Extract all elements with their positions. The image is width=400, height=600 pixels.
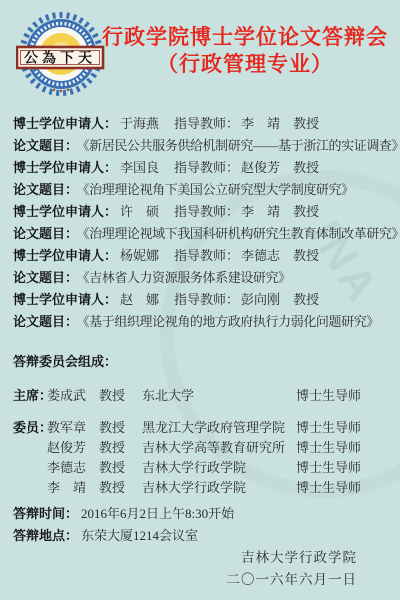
chair-name: 娄成武 [47,386,99,406]
member-title: 教授 [99,418,142,438]
committee-section: 答辩委员会组成： 主席：娄成武教授东北大学博士生导师 委员：教军章教授黑龙江大学… [13,353,395,498]
member-name: 李德志 [47,458,99,478]
applicant-line: 博士学位申请人：杨妮娜指导教师：李德志教授 [13,245,395,267]
applicant-line: 博士学位申请人：许 硕指导教师：李 靖教授 [13,201,395,223]
defense-venue-line: 答辩地点：东荣大厦1214会议室 [13,525,393,547]
signature-block: 吉林大学行政学院 二〇一六年六月一日 [13,547,393,591]
thesis-title: 《吉林省人力资源服务体系建设研究》 [83,270,291,285]
supervisor-label: 指导教师： [174,160,239,175]
member-institution: 吉林大学行政学院 [142,478,296,498]
applicant-entry: 博士学位申请人：李国良指导教师：赵俊芳教授 论文题目：《治理理论视角下美国公立研… [13,157,395,201]
thesis-label: 论文题目： [13,314,78,329]
member-institution: 吉林大学行政学院 [142,458,296,478]
title-line1: 行政学院博士学位论文答辩会 [96,24,394,51]
thesis-label: 论文题目： [13,226,78,241]
committee-chair-row: 主席：娄成武教授东北大学博士生导师 [13,386,395,406]
supervisor-title: 教授 [293,116,319,131]
thesis-title: 《新居民公共服务供给机制研究——基于浙江的实证调查》 [83,138,400,153]
chair-title: 教授 [99,386,142,406]
thesis-line: 论文题目：《新居民公共服务供给机制研究——基于浙江的实证调查》 [13,135,395,157]
supervisor-title: 教授 [293,160,319,175]
thesis-line: 论文题目：《治理理论视角下美国公立研究型大学制度研究》 [13,179,395,201]
applicant-entry: 博士学位申请人：许 硕指导教师：李 靖教授 论文题目：《治理理论视域下我国科研机… [13,201,395,245]
applicant-label: 博士学位申请人： [13,160,117,175]
chair-role-title: 博士生导师 [296,388,361,403]
seal-banner-text: 公為下天 [24,50,96,67]
committee-member-row: 李 靖教授吉林大学行政学院博士生导师 [13,478,395,498]
supervisor-name: 彭向刚 [241,292,280,307]
time-label: 答辩时间： [13,506,78,521]
chair-label: 主席： [13,386,47,406]
member-role-title: 博士生导师 [296,420,361,435]
supervisor-label: 指导教师： [174,292,239,307]
seal-bottom-marks [53,89,69,92]
applicant-label: 博士学位申请人： [13,248,117,263]
thesis-title: 《基于组织理论视角的地方政府执行力弱化问题研究》 [83,314,379,329]
member-name: 李 靖 [47,478,99,498]
supervisor-name: 赵俊芳 [241,160,280,175]
committee-heading: 答辩委员会组成： [13,353,395,371]
member-institution: 黑龙江大学政府管理学院 [142,418,296,438]
applicant-name: 赵 娜 [120,292,159,307]
thesis-line: 论文题目：《基于组织理论视角的地方政府执行力弱化问题研究》 [13,311,395,333]
title-line2: （行政管理专业） [96,51,394,78]
thesis-title: 《治理理论视角下美国公立研究型大学制度研究》 [83,182,354,197]
applicant-line: 博士学位申请人：李国良指导教师：赵俊芳教授 [13,157,395,179]
defense-announcement-poster: INA 公為下天 行政学院博士学位论文答辩会 （行政管理专业） [0,0,400,600]
supervisor-name: 李 靖 [241,204,280,219]
supervisor-name: 李德志 [241,248,280,263]
applicant-line: 博士学位申请人：于海燕指导教师：李 靖教授 [13,113,395,135]
defense-time-line: 答辩时间：2016年6月2日上午8:30开始 [13,503,393,525]
supervisor-title: 教授 [293,204,319,219]
supervisor-label: 指导教师： [174,248,239,263]
member-role-title: 博士生导师 [296,480,361,495]
applicant-label: 博士学位申请人： [13,116,117,131]
applicant-entry: 博士学位申请人：于海燕指导教师：李 靖教授 论文题目：《新居民公共服务供给机制研… [13,113,395,157]
committee-members: 委员：教军章教授黑龙江大学政府管理学院博士生导师 赵俊芳教授吉林大学高等教育研究… [13,418,395,498]
thesis-label: 论文题目： [13,270,78,285]
member-institution: 吉林大学高等教育研究所 [142,438,296,458]
member-role-title: 博士生导师 [296,460,361,475]
applicant-name: 于海燕 [120,116,159,131]
supervisor-label: 指导教师： [174,116,239,131]
member-title: 教授 [99,458,142,478]
member-title: 教授 [99,438,142,458]
thesis-label: 论文题目： [13,182,78,197]
institute-seal-logo: 公為下天 [16,6,106,102]
member-label: 委员： [13,418,47,438]
supervisor-title: 教授 [293,248,319,263]
thesis-title: 《治理理论视域下我国科研机构研究生教育体制改革研究》 [83,226,400,241]
applicant-label: 博士学位申请人： [13,292,117,307]
committee-member-row: 李德志教授吉林大学行政学院博士生导师 [13,458,395,478]
member-title: 教授 [99,478,142,498]
supervisor-name: 李 靖 [241,116,280,131]
member-name: 赵俊芳 [47,438,99,458]
committee-member-row: 委员：教军章教授黑龙江大学政府管理学院博士生导师 [13,418,395,438]
member-role-title: 博士生导师 [296,440,361,455]
applicant-name: 杨妮娜 [120,248,159,263]
applicants-list: 博士学位申请人：于海燕指导教师：李 靖教授 论文题目：《新居民公共服务供给机制研… [13,113,395,333]
supervisor-label: 指导教师： [174,204,239,219]
applicant-name: 许 硕 [120,204,159,219]
committee-member-row: 赵俊芳教授吉林大学高等教育研究所博士生导师 [13,438,395,458]
applicant-entry: 博士学位申请人：赵 娜指导教师：彭向刚教授 论文题目：《基于组织理论视角的地方政… [13,289,395,333]
venue-value: 东荣大厦1214会议室 [81,528,198,543]
applicant-label: 博士学位申请人： [13,204,117,219]
thesis-line: 论文题目：《治理理论视域下我国科研机构研究生教育体制改革研究》 [13,223,395,245]
chair-institution: 东北大学 [142,386,296,406]
venue-label: 答辩地点： [13,528,78,543]
signature-date: 二〇一六年六月一日 [13,569,357,591]
applicant-line: 博士学位申请人：赵 娜指导教师：彭向刚教授 [13,289,395,311]
thesis-line: 论文题目：《吉林省人力资源服务体系建设研究》 [13,267,395,289]
signature-institution: 吉林大学行政学院 [13,547,357,569]
time-value: 2016年6月2日上午8:30开始 [81,506,234,521]
supervisor-title: 教授 [293,292,319,307]
seal-graphic: 公為下天 [16,6,106,102]
applicant-name: 李国良 [120,160,159,175]
footer-info: 答辩时间：2016年6月2日上午8:30开始 答辩地点：东荣大厦1214会议室 … [13,503,393,591]
page-title: 行政学院博士学位论文答辩会 （行政管理专业） [96,24,394,78]
applicant-entry: 博士学位申请人：杨妮娜指导教师：李德志教授 论文题目：《吉林省人力资源服务体系建… [13,245,395,289]
thesis-label: 论文题目： [13,138,78,153]
member-name: 教军章 [47,418,99,438]
